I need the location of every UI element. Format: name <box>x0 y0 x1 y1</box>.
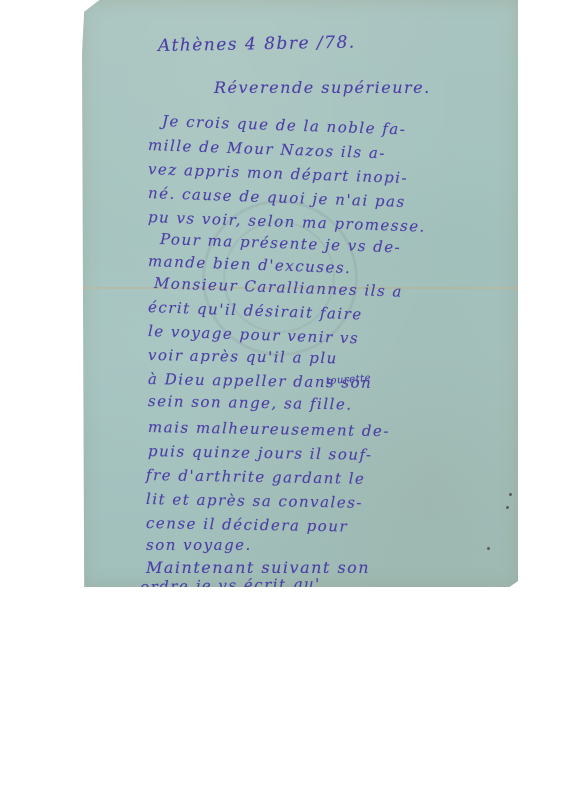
body-line: écrit qu'il désirait faire <box>148 298 363 323</box>
body-line: mille de Mour Nazos ils a- <box>148 136 387 162</box>
body-line: son voyage. <box>146 536 252 554</box>
body-line: le voyage pour venir vs <box>148 322 360 347</box>
body-line: Maintenant suivant son <box>146 558 370 577</box>
body-line: vez appris mon départ inopi- <box>148 160 409 187</box>
letter-page: Athènes 4 8bre /78. Réverende supérieure… <box>82 0 518 587</box>
place-date: Athènes 4 8bre /78. <box>158 33 356 56</box>
body-line: cense il décidera pour <box>146 514 348 536</box>
body-line: ordre je vs écrit qu' <box>140 575 321 596</box>
body-line: né. cause de quoi je n'ai pas <box>148 184 406 211</box>
body-line: Monsieur Caralliannes ils a <box>154 274 404 301</box>
body-line: lit et après sa convales- <box>146 490 363 512</box>
handwritten-text: Athènes 4 8bre /78. Réverende supérieure… <box>82 0 518 587</box>
body-line: fre d'arthrite gardant le <box>146 466 366 488</box>
body-line: mande bien d'excuses. <box>148 252 352 277</box>
body-line: Pour ma présente je vs de- <box>160 230 402 256</box>
salutation: Réverende supérieure. <box>214 78 431 97</box>
body-line: Je crois que de la noble fa- <box>162 112 407 139</box>
body-line: sein son ange, sa fille. <box>148 392 353 414</box>
body-line: voir après qu'il a plu <box>148 346 338 367</box>
ink-speck <box>518 494 521 497</box>
body-line: puis quinze jours il souf- <box>148 442 373 464</box>
body-line: mais malheureusement de- <box>148 418 390 440</box>
